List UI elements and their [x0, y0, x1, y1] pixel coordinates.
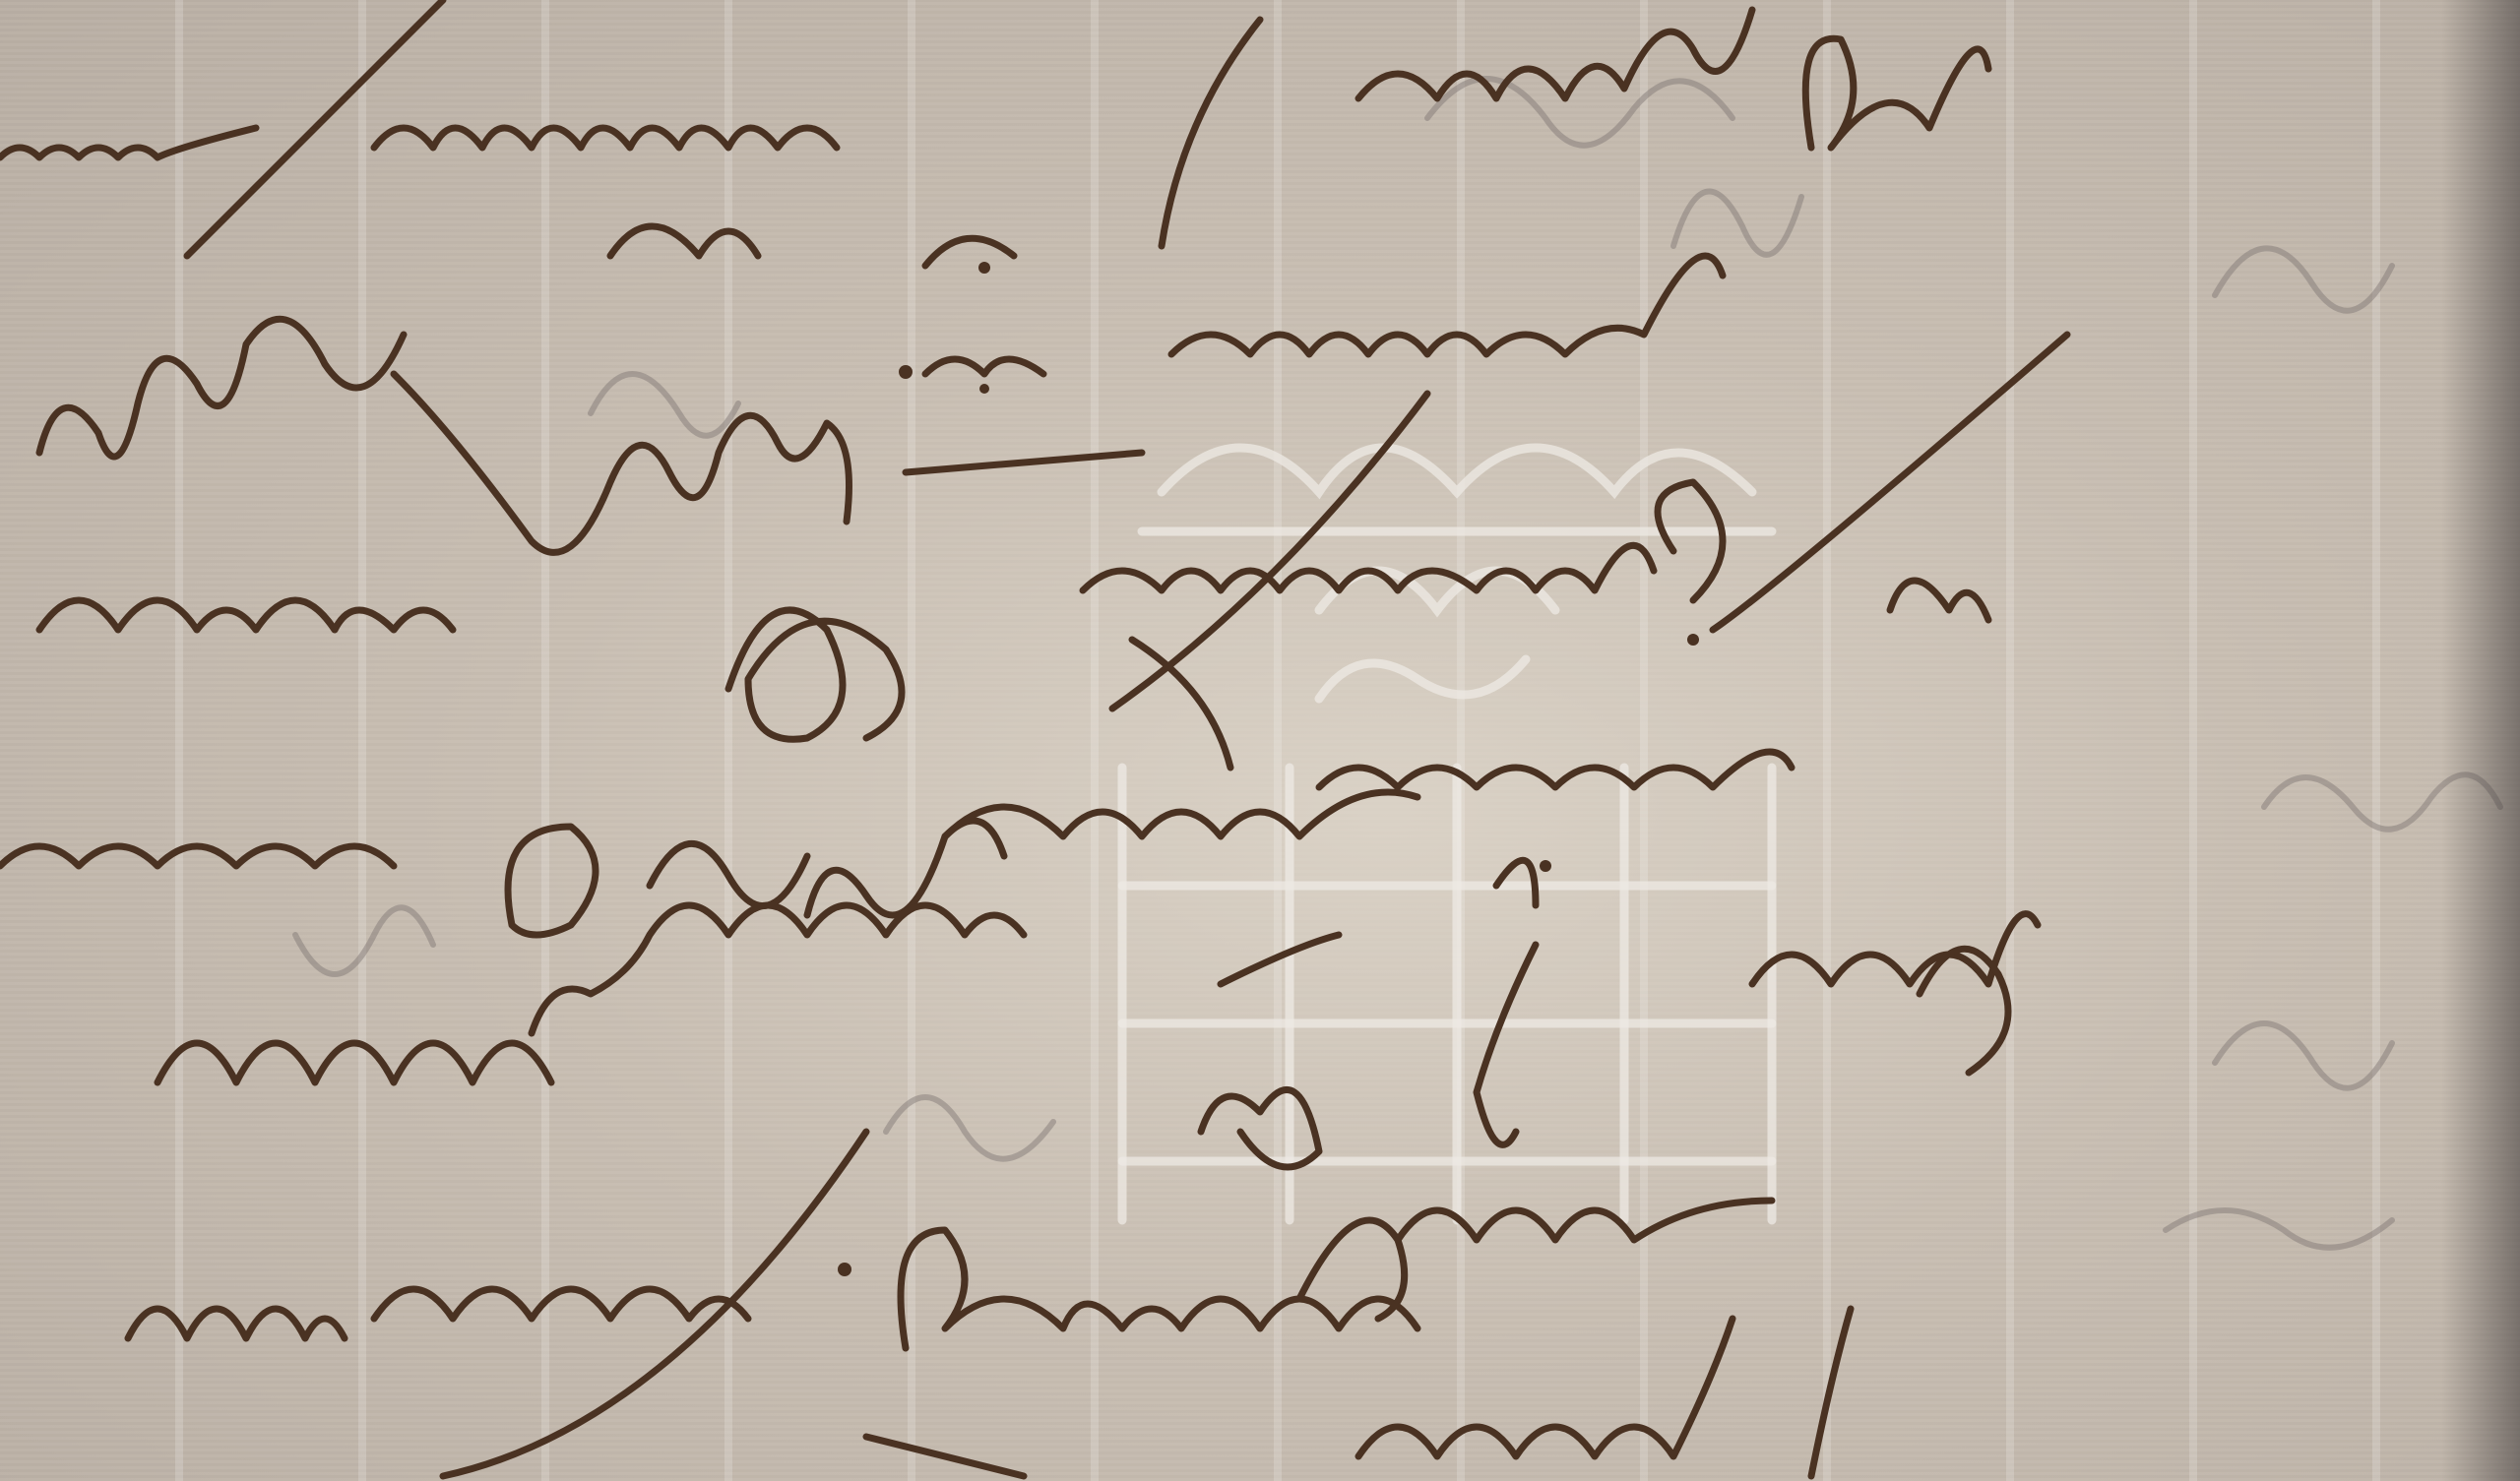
edge-shadow — [2441, 0, 2520, 1481]
manuscript-photo: Close-up photo of an aged laid-paper lea… — [0, 0, 2520, 1481]
handwriting-ink — [0, 0, 2520, 1481]
